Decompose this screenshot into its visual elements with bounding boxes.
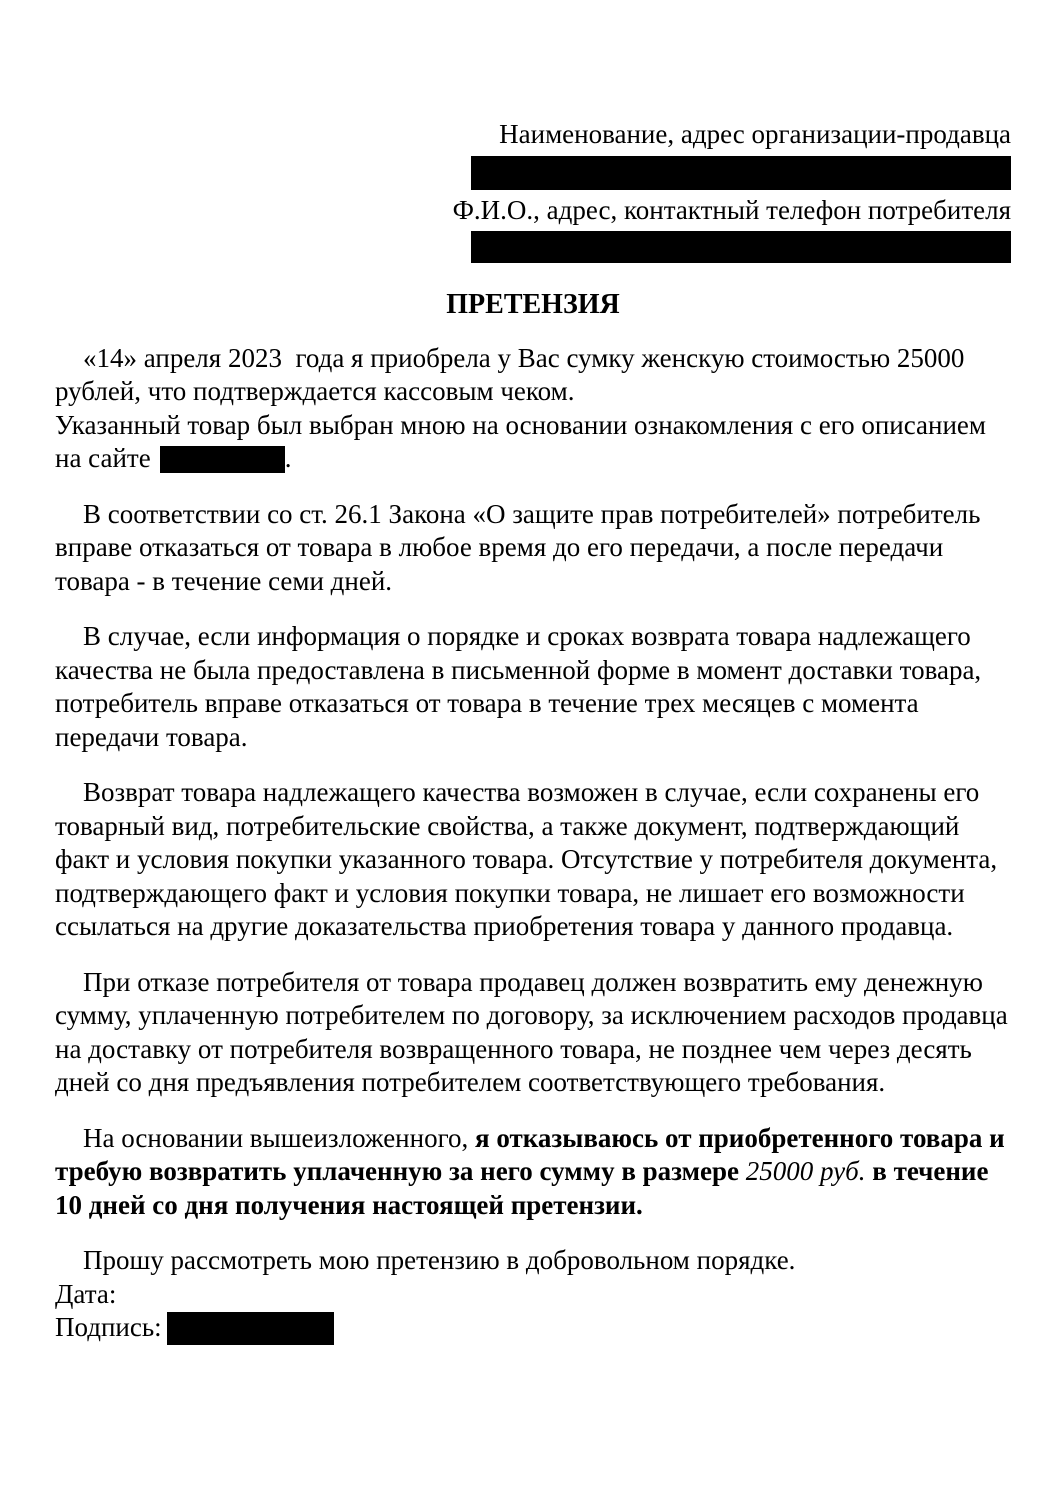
- purchase-statement-text: «14» апреля 2023 года я приобрела у Вас …: [55, 343, 964, 407]
- seller-address-label: Наименование, адрес организации-продавца: [55, 118, 1011, 152]
- signature-line: Подпись:: [55, 1311, 1011, 1345]
- paragraph-law-reference: В соответствии со ст. 26.1 Закона «О защ…: [55, 498, 1011, 599]
- paragraph-purchase: «14» апреля 2023 года я приобрела у Вас …: [55, 342, 1011, 476]
- signature-label: Подпись:: [55, 1312, 162, 1342]
- paragraph-refund-obligation: При отказе потребителя от товара продаве…: [55, 966, 1011, 1100]
- demand-amount-italic-text: 25000 руб.: [746, 1156, 866, 1186]
- redaction-bar-seller: [471, 156, 1011, 190]
- date-line: Дата:: [55, 1278, 1011, 1312]
- claim-letter-page: Наименование, адрес организации-продавца…: [0, 0, 1061, 1500]
- paragraph-return-conditions: Возврат товара надлежащего качества возм…: [55, 776, 1011, 944]
- redaction-bar-consumer: [471, 231, 1011, 263]
- date-label: Дата:: [55, 1279, 116, 1309]
- sentence-period: .: [285, 443, 292, 473]
- redaction-signature: [167, 1312, 334, 1345]
- paragraph-demand: На основании вышеизложенного, я отказыва…: [55, 1122, 1011, 1223]
- document-title: ПРЕТЕНЗИЯ: [55, 288, 1011, 322]
- paragraph-three-months-rule: В случае, если информация о порядке и ср…: [55, 620, 1011, 754]
- consumer-contact-label: Ф.И.О., адрес, контактный телефон потреб…: [55, 194, 1011, 228]
- redaction-inline-website: [160, 446, 285, 473]
- paragraph-voluntary-request: Прошу рассмотреть мою претензию в добров…: [55, 1244, 1011, 1278]
- demand-intro-text: На основании вышеизложенного,: [83, 1123, 475, 1153]
- document-header: Наименование, адрес организации-продавца…: [55, 118, 1011, 263]
